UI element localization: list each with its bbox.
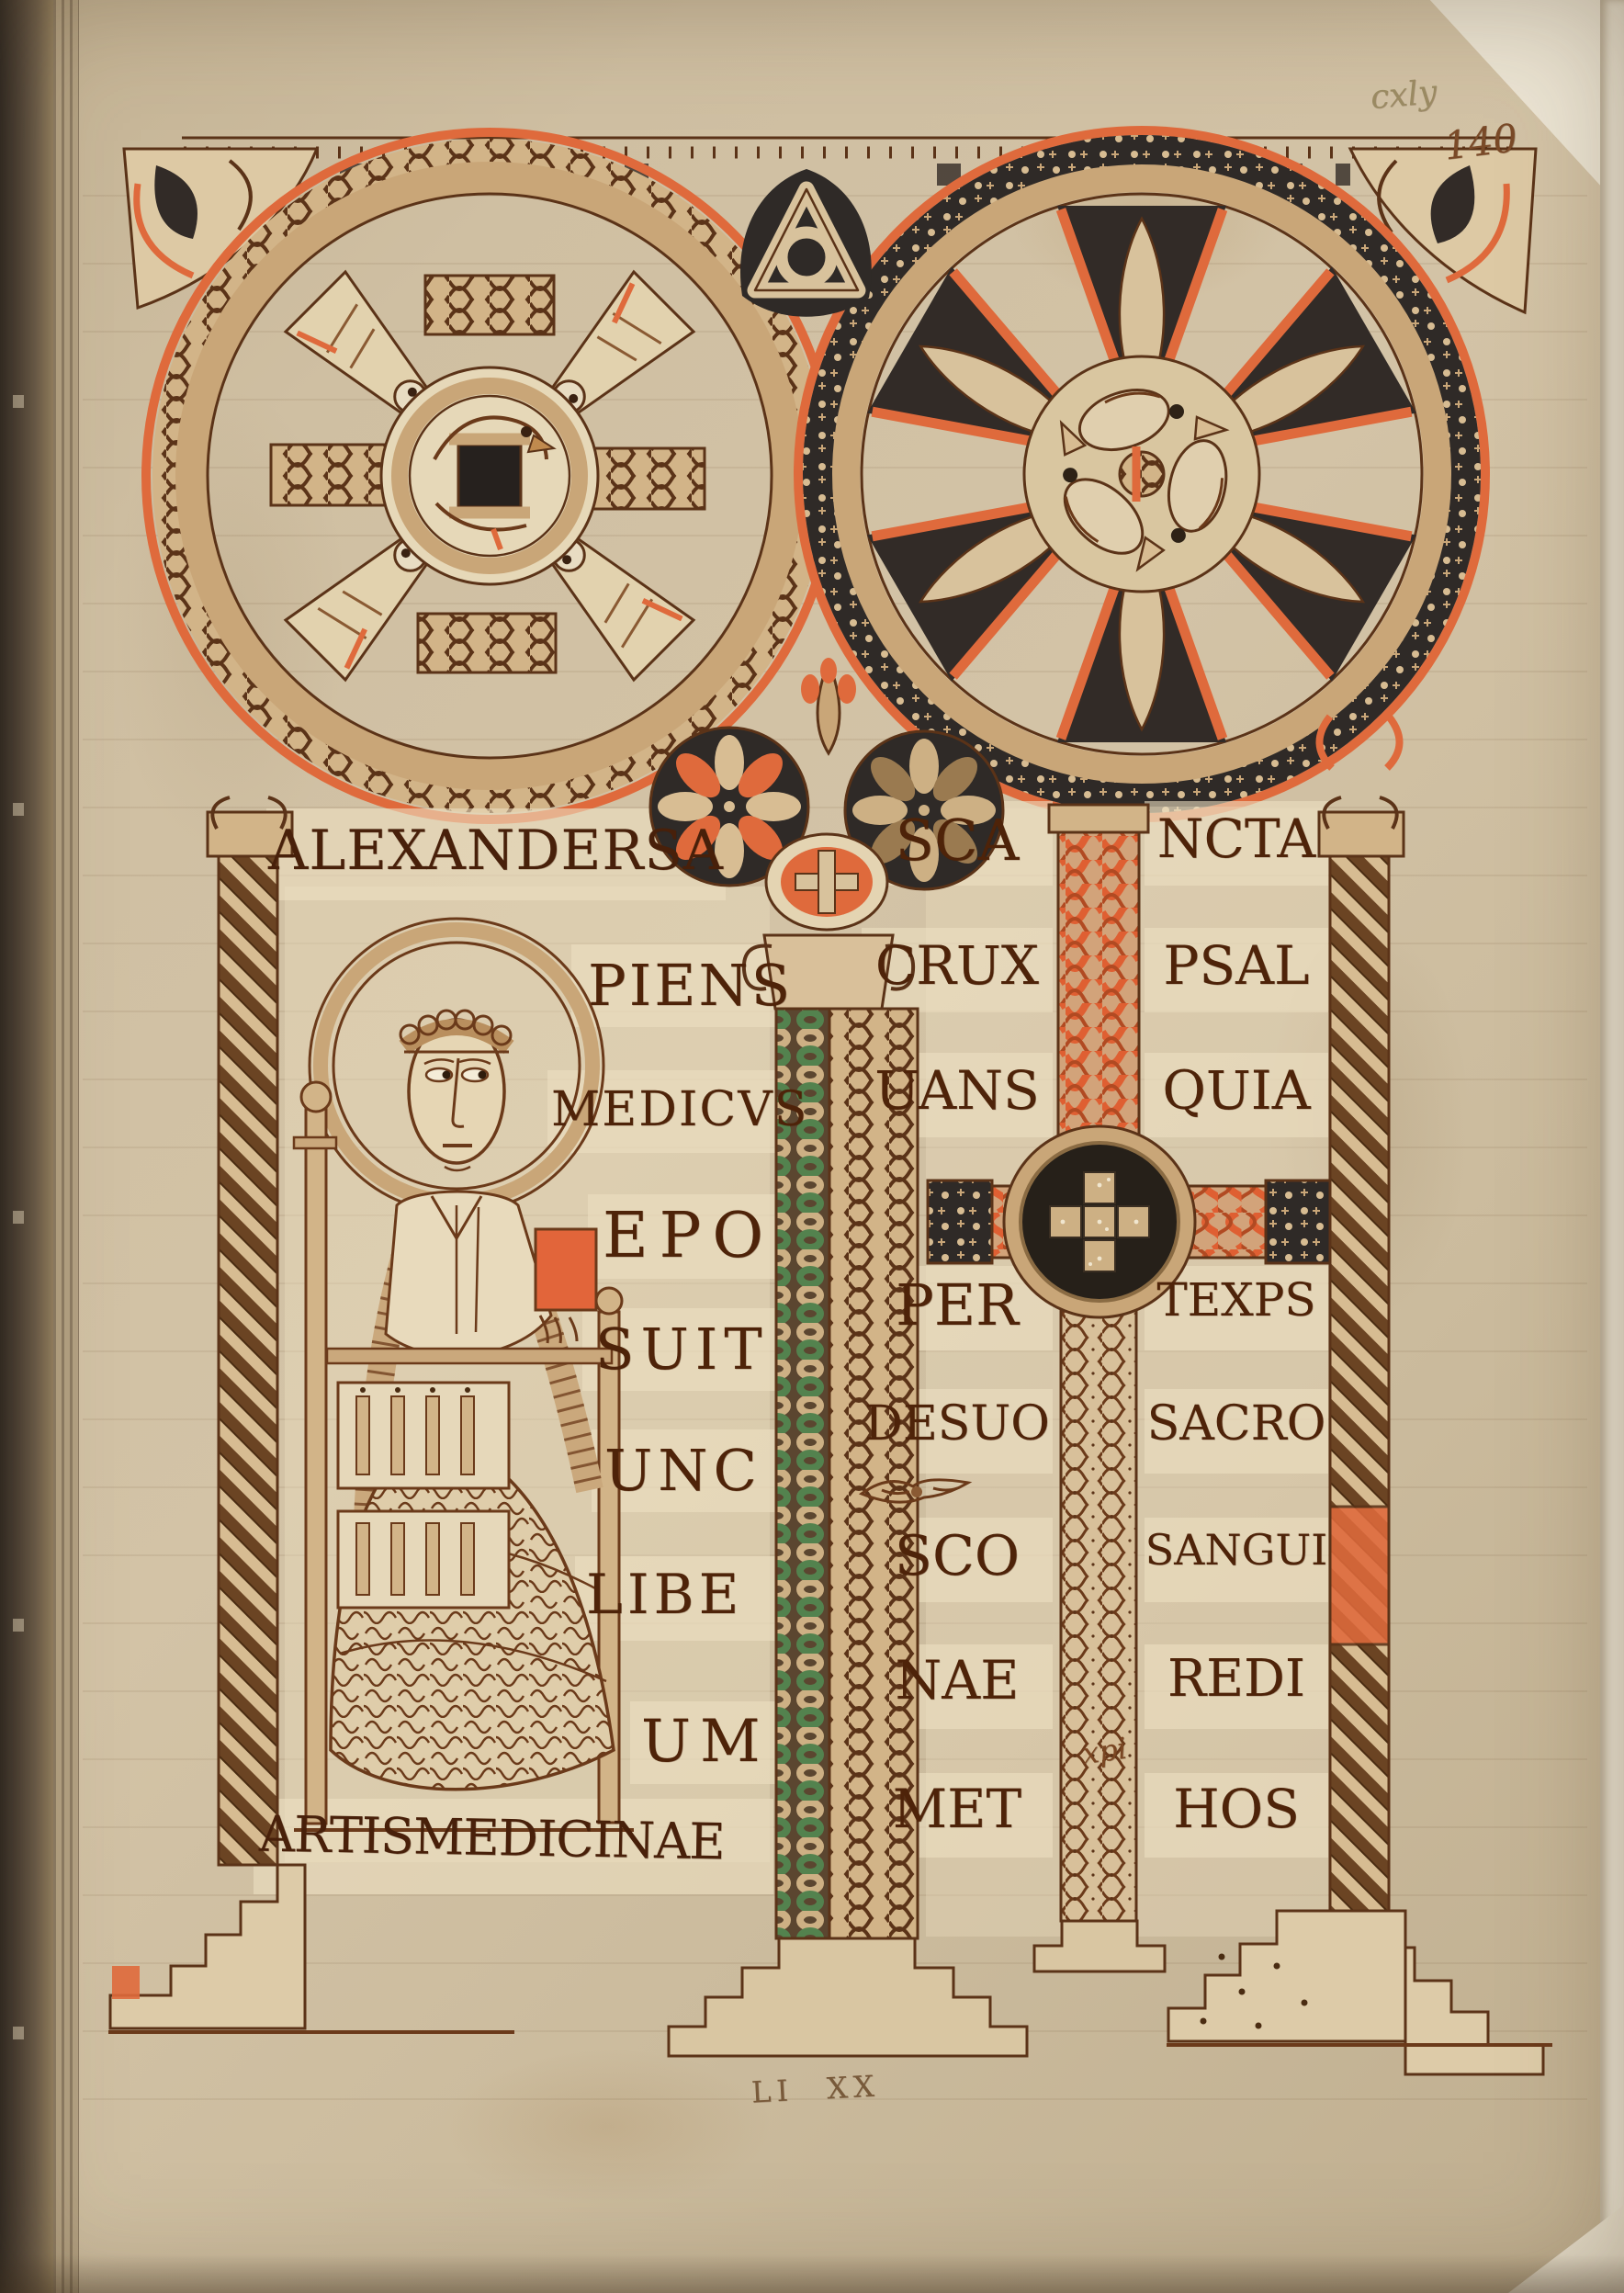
left-line-medicvs: MEDICVS (551, 1086, 808, 1134)
row-6-left: NAE (862, 1654, 1053, 1707)
row-1-left: CRUX (862, 939, 1053, 992)
right-roundel (798, 130, 1485, 818)
quire-mark: LI XX (750, 2071, 880, 2107)
row-6-right: REDI (1145, 1654, 1328, 1705)
row-2-left: UANS (862, 1064, 1053, 1117)
row-0-left: SCA (862, 812, 1053, 869)
row-2-right: QUIA (1145, 1064, 1328, 1117)
triquetra-knot (740, 169, 872, 317)
row-7-left: MET (862, 1782, 1053, 1836)
row-5-left: SCO (862, 1529, 1053, 1584)
bottom-line: ARTISMEDICINAE (259, 1810, 726, 1868)
row-4-right: SACRO (1145, 1400, 1328, 1448)
row-5-right: SANGUI (1145, 1529, 1328, 1571)
left-line-suit: SUIT (595, 1321, 769, 1378)
row-1-right: PSAL (1145, 939, 1328, 992)
row-7-right: HOS (1145, 1782, 1328, 1836)
manuscript-page: cxly 140 ALEXANDERSA PIENS MEDICVS EPO S… (0, 0, 1624, 2293)
title-line: ALEXANDERSA (268, 823, 724, 878)
left-line-piens: PIENS (588, 957, 793, 1014)
left-line-unc: UNC (604, 1442, 762, 1499)
row-4-left: DESUO (862, 1400, 1053, 1448)
illumination-artwork (0, 0, 1624, 2293)
left-line-um: UM (641, 1712, 769, 1771)
row-3-left: PER (862, 1277, 1053, 1334)
left-roundel (146, 132, 833, 819)
folio-number: 140 (1442, 119, 1520, 165)
left-line-epo: EPO (603, 1205, 774, 1268)
left-line-libe: LIBE (586, 1567, 743, 1622)
bottom-shadow (0, 2254, 1624, 2293)
row-0-right: NCTA (1145, 812, 1328, 865)
corner-inscription: cxly (1370, 76, 1438, 115)
gloss-xpi: xpi (1080, 1734, 1129, 1768)
row-3-right: TEXPS (1145, 1277, 1328, 1323)
